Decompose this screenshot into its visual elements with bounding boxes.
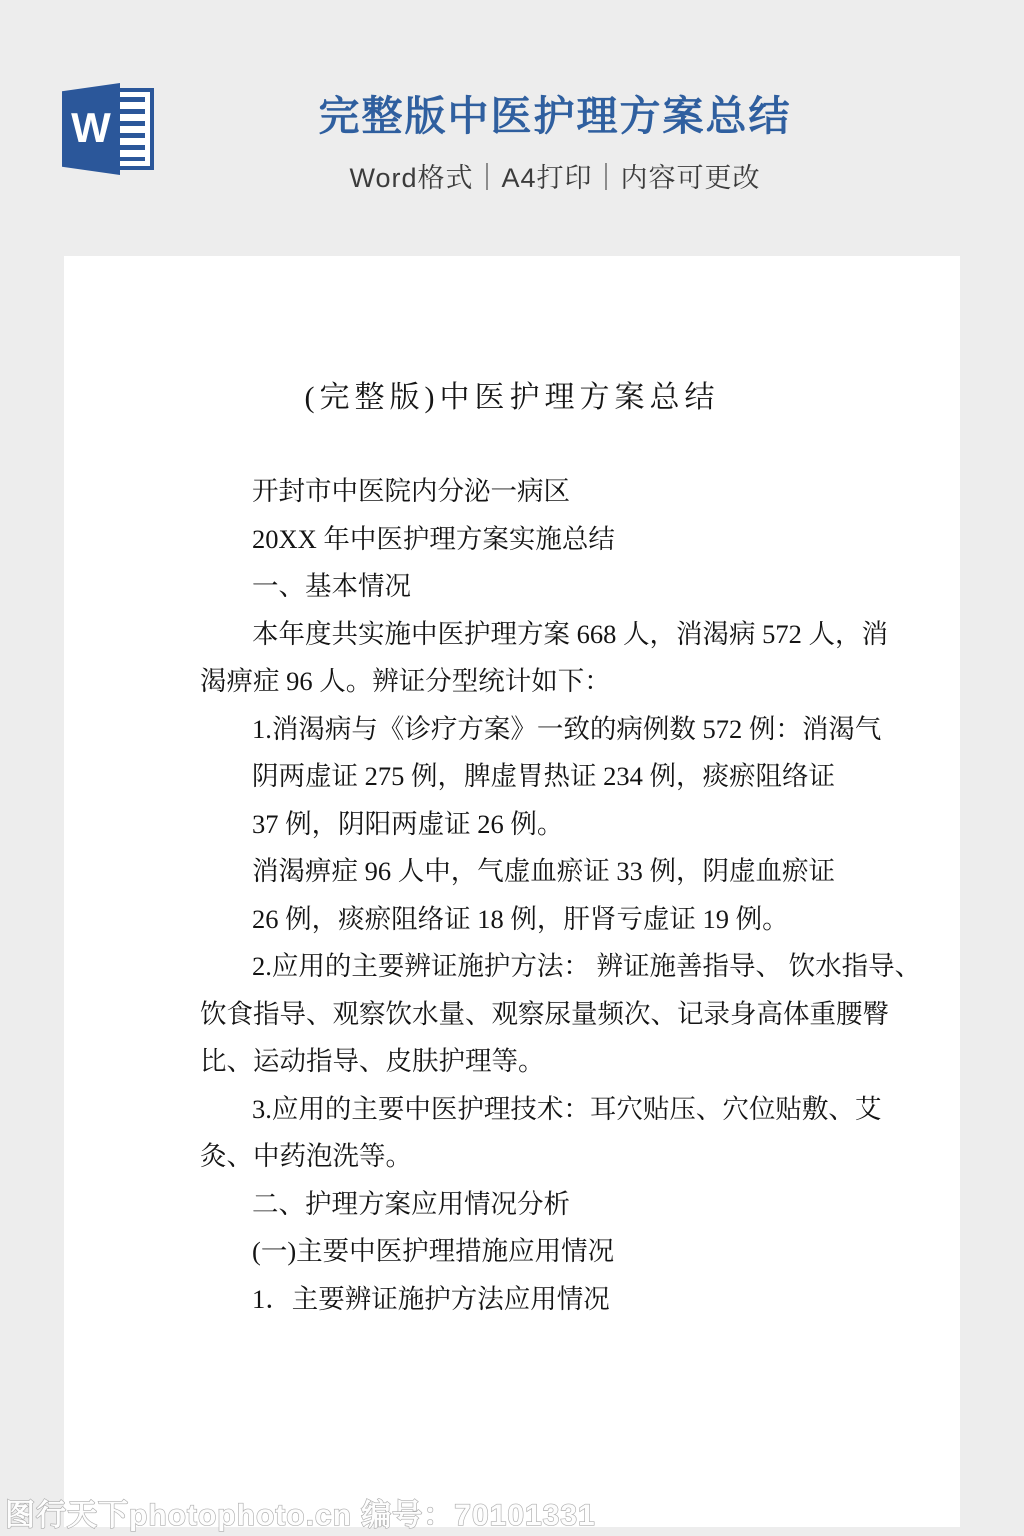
document-page: (完整版)中医护理方案总结 开封市中医院内分泌一病区20XX 年中医护理方案实施… <box>64 256 960 1527</box>
document-line: 1.消渴病与《诊疗方案》一致的病例数 572 例：消渴气 <box>200 706 848 754</box>
document-line: 1．主要辨证施护方法应用情况 <box>200 1276 848 1324</box>
template-title: 完整版中医护理方案总结 <box>255 94 855 139</box>
document-line: 3.应用的主要中医护理技术：耳穴贴压、穴位贴敷、艾 <box>200 1086 848 1134</box>
document-line: 2.应用的主要辨证施护方法： 辨证施善指导、 饮水指导、 <box>200 943 848 991</box>
document-line: 灸、中药泡洗等。 <box>200 1133 848 1181</box>
document-line: 26 例，痰瘀阻络证 18 例，肝肾亏虚证 19 例。 <box>200 896 848 944</box>
document-line: 二、护理方案应用情况分析 <box>200 1181 848 1229</box>
document-line: 37 例，阴阳两虚证 26 例。 <box>200 801 848 849</box>
document-body: 开封市中医院内分泌一病区20XX 年中医护理方案实施总结一、基本情况本年度共实施… <box>200 468 848 1323</box>
document-line: 渴痹症 96 人。辨证分型统计如下： <box>200 658 848 706</box>
document-line: 饮食指导、观察饮水量、观察尿量频次、记录身高体重腰臀 <box>200 991 848 1039</box>
document-line: 本年度共实施中医护理方案 668 人，消渴病 572 人，消 <box>200 611 848 659</box>
word-icon-flag: W <box>62 83 120 175</box>
word-icon-letter: W <box>71 107 111 151</box>
document-line: 开封市中医院内分泌一病区 <box>200 468 848 516</box>
document-line: 阴两虚证 275 例，脾虚胃热证 234 例，痰瘀阻络证 <box>200 753 848 801</box>
header: 完整版中医护理方案总结 Word格式｜A4打印｜内容可更改 <box>255 94 855 195</box>
template-subtitle: Word格式｜A4打印｜内容可更改 <box>255 156 855 195</box>
document-title: (完整版)中医护理方案总结 <box>64 378 960 418</box>
document-line: 消渴痹症 96 人中，气虚血瘀证 33 例，阴虚血瘀证 <box>200 848 848 896</box>
document-line: 20XX 年中医护理方案实施总结 <box>200 516 848 564</box>
word-icon: W <box>62 83 154 175</box>
document-line: (一)主要中医护理措施应用情况 <box>200 1228 848 1276</box>
document-line: 一、基本情况 <box>200 563 848 611</box>
document-line: 比、运动指导、皮肤护理等。 <box>200 1038 848 1086</box>
watermark: 图行天下photophoto.cn 编号：70101331 <box>5 1490 596 1534</box>
